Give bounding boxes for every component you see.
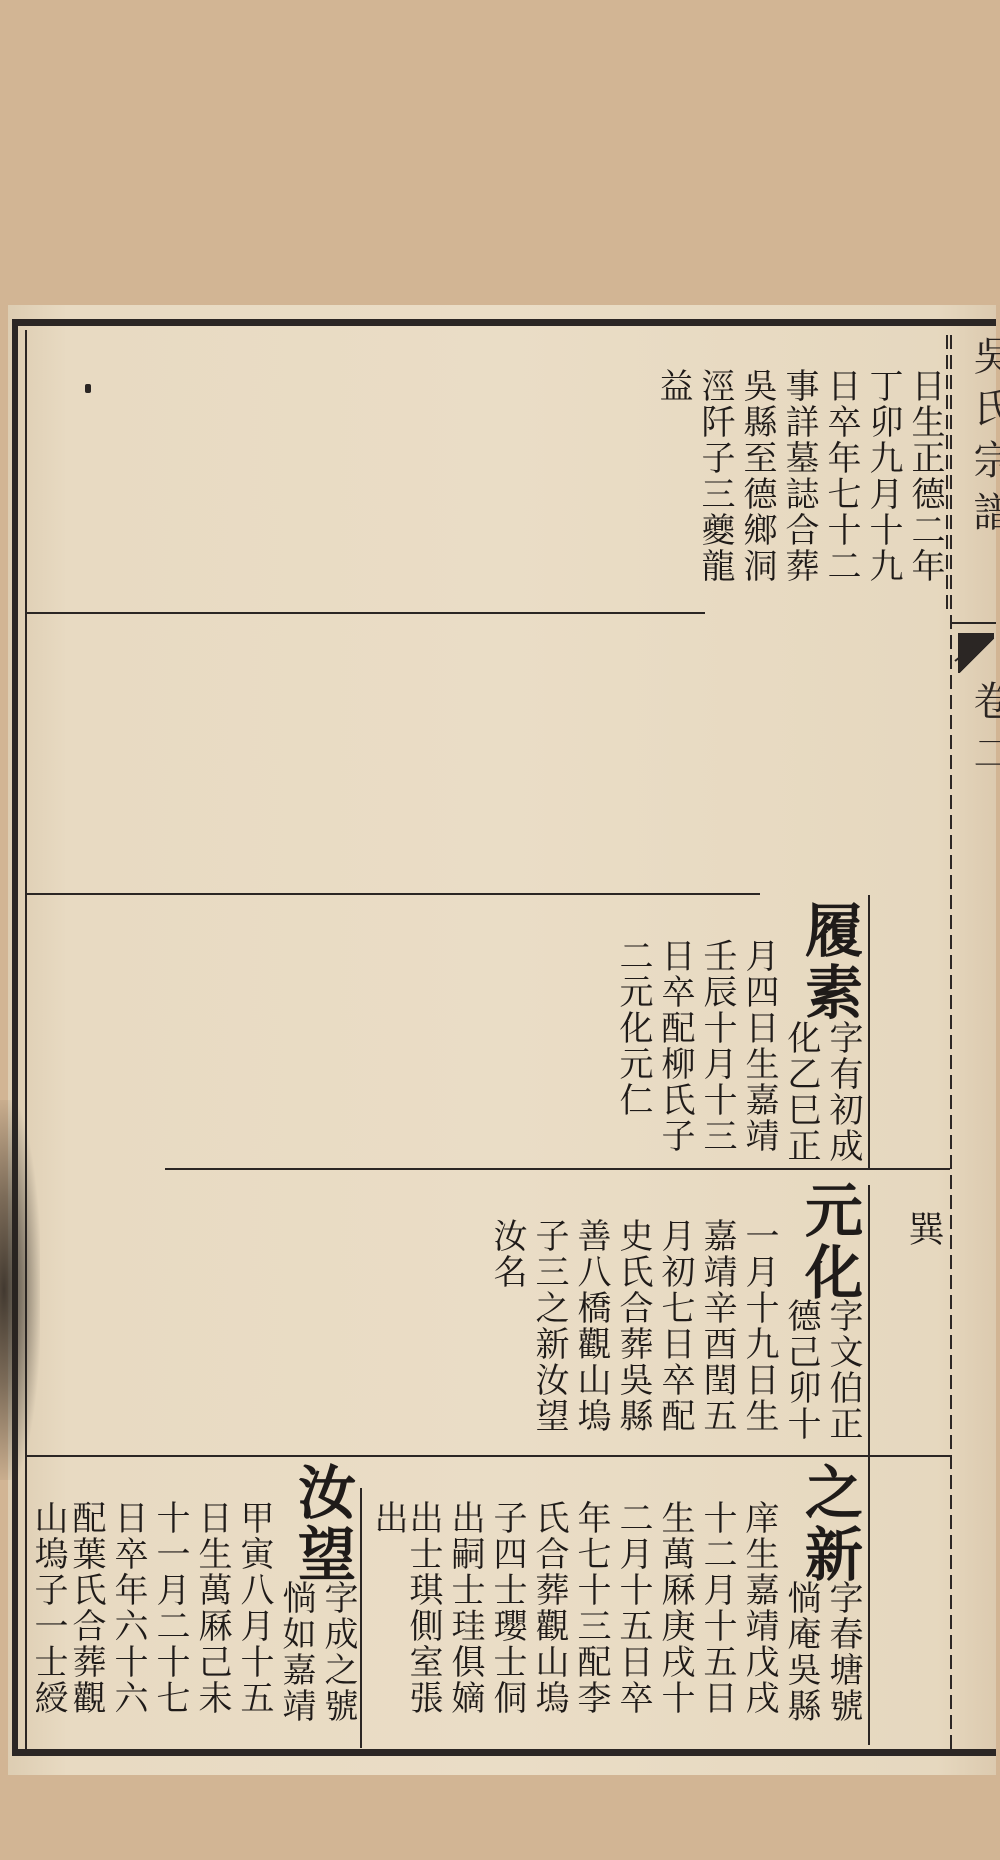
text-column: 山塢子一士綬: [28, 1500, 68, 1716]
text-column: 日生正德二年: [905, 368, 945, 584]
text-column: 字春塘號: [823, 1580, 863, 1724]
text-column: 史氏合葬吳縣: [613, 1218, 653, 1434]
text-column: 出士琪側室張: [403, 1500, 443, 1716]
text-column: 年七十三配李: [571, 1500, 611, 1716]
text-column: 二元化元仁: [613, 938, 653, 1118]
name-bracket: [360, 1488, 362, 1748]
text-column: 配葉氏合葬觀: [66, 1500, 106, 1716]
text-column: 子四士瓔士侗: [487, 1500, 527, 1716]
text-column: 日卒年六十六: [108, 1500, 148, 1716]
text-column: 日卒配柳氏子: [655, 938, 695, 1154]
text-column: 汝名: [487, 1218, 527, 1290]
text-column: 月初七日卒配: [655, 1218, 695, 1434]
section-divider: [165, 1168, 950, 1170]
text-column: 涇阡子三夔龍: [695, 368, 735, 584]
text-column: 字成之號: [318, 1580, 358, 1724]
ink-speck: [85, 384, 91, 393]
left-outer-border: [12, 322, 18, 1754]
section-divider: [25, 893, 760, 895]
section-divider: [25, 1455, 950, 1457]
person-name: 履素: [797, 900, 861, 1024]
text-column: 出: [368, 1500, 408, 1536]
text-column: 德己卯十: [781, 1298, 821, 1442]
text-column: 一月十九日生: [739, 1218, 779, 1434]
person-name: 元化: [797, 1180, 861, 1304]
person-name: 之新: [797, 1462, 861, 1586]
text-column: 十一月二十七: [150, 1500, 190, 1716]
text-column: 日卒年七十二: [821, 368, 861, 584]
text-column: 益: [653, 368, 693, 404]
text-column: 出嗣士珪俱嫡: [445, 1500, 485, 1716]
text-column: 善八橋觀山塢: [571, 1218, 611, 1434]
left-inner-border: [25, 330, 27, 1750]
text-column: 化乙巳正: [781, 1020, 821, 1164]
text-column: 甲寅八月十五: [234, 1500, 274, 1716]
section-divider: [25, 612, 705, 614]
text-column: 惝庵吳縣: [781, 1580, 821, 1724]
margin-page-marker: 巽: [903, 1210, 943, 1248]
text-column: 壬辰十月十三: [697, 938, 737, 1154]
text-column: 吳縣至德鄉洞: [737, 368, 777, 584]
text-column: 日生萬厤己未: [192, 1500, 232, 1716]
name-bracket: [868, 895, 870, 1170]
ink-stain: [0, 1100, 40, 1480]
text-column: 月四日生嘉靖: [739, 938, 779, 1154]
text-column: 丁卯九月十九: [863, 368, 903, 584]
name-bracket: [868, 1185, 870, 1745]
text-column: 字文伯正: [823, 1298, 863, 1442]
text-column: 氏合葬觀山塢: [529, 1500, 569, 1716]
text-column: 十二月十五日: [697, 1500, 737, 1716]
text-column: 庠生嘉靖戊戌: [739, 1500, 779, 1716]
margin-divider: [950, 335, 952, 1750]
text-column: 生萬厤庚戌十: [655, 1500, 695, 1716]
text-column: 嘉靖辛酉閏五: [697, 1218, 737, 1434]
top-border: [12, 319, 996, 326]
text-column: 惝如嘉靖: [276, 1580, 316, 1724]
bottom-border: [12, 1749, 996, 1756]
text-column: 二月十五日卒: [613, 1500, 653, 1716]
margin-rule: [952, 622, 996, 624]
text-column: 子三之新汝望: [529, 1218, 569, 1434]
text-column: 字有初成: [823, 1020, 863, 1164]
text-column: 事詳墓誌合葬: [779, 368, 819, 584]
person-name: 汝望: [290, 1462, 354, 1586]
section-frame-right: [946, 335, 948, 615]
